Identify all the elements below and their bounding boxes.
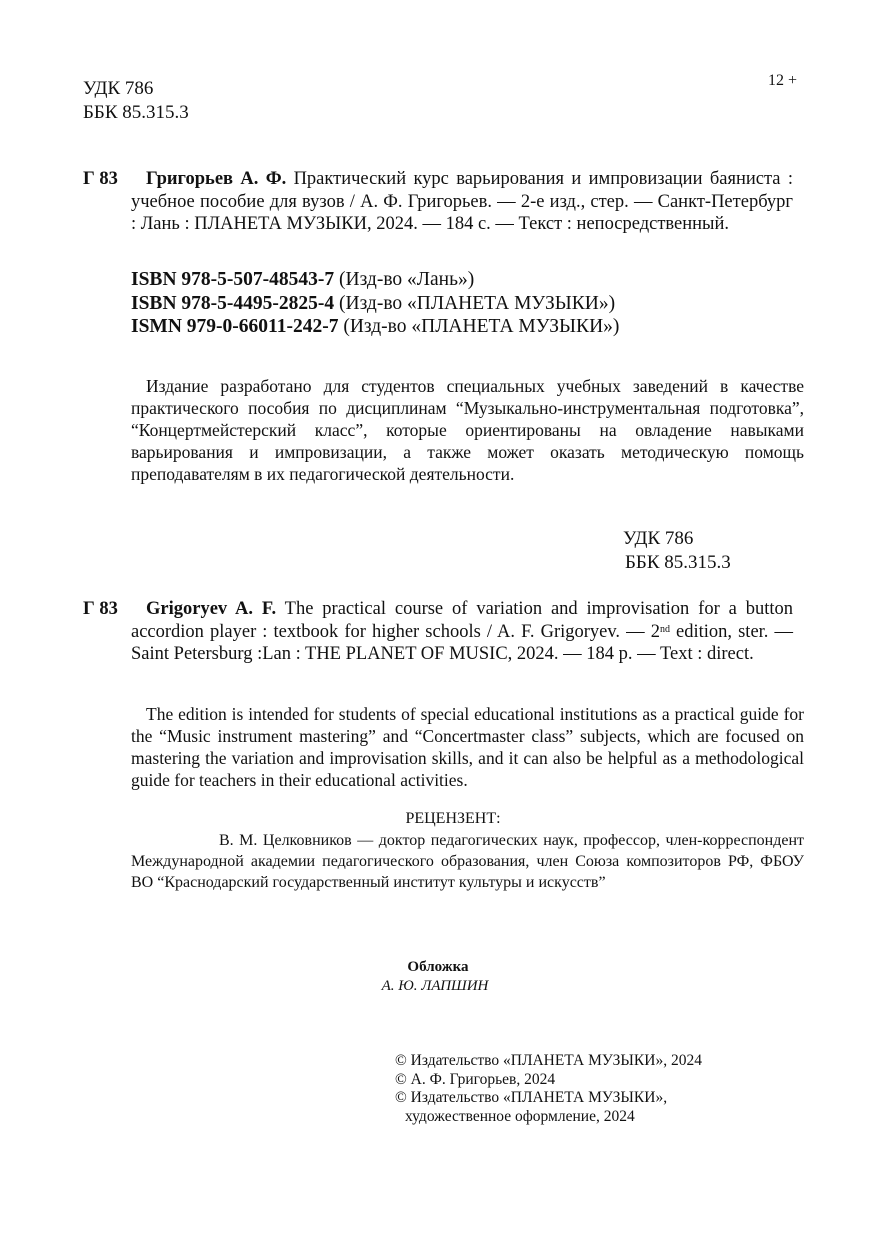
age-rating: 12 + [768, 72, 797, 90]
isbn-number: ISBN 978-5-507-48543-7 [131, 269, 334, 290]
udk-code: УДК 786 [83, 77, 189, 101]
bbk-code: ББК 85.315.3 [623, 551, 731, 575]
ru-annotation: Издание разработано для студентов специа… [131, 375, 804, 485]
author-mark: Г 83 [83, 168, 118, 191]
header-classification: УДК 786 ББК 85.315.3 [83, 77, 189, 125]
isbn-list: ISBN 978-5-507-48543-7 (Изд-во «Лань») I… [131, 268, 619, 339]
copyright-line: © Издательство «ПЛАНЕТА МУЗЫКИ», 2024 [395, 1052, 702, 1071]
ru-bibliographic-entry: Г 83 Григорьев А. Ф. Практический курс в… [83, 168, 793, 236]
reviewer-text: В. М. Целковников — доктор педагогически… [131, 830, 804, 893]
cover-credit: Обложка А. Ю. ЛАПШИН [0, 958, 876, 996]
bbk-code: ББК 85.315.3 [83, 101, 189, 125]
isbn-line: ISBN 978-5-4495-2825-4 (Изд-во «ПЛАНЕТА … [131, 292, 619, 316]
en-annotation-text: The edition is intended for students of … [131, 703, 804, 791]
isbn-number: ISBN 978-5-4495-2825-4 [131, 293, 334, 314]
ismn-number: ISMN 979-0-66011-242-7 [131, 316, 338, 337]
en-annotation: The edition is intended for students of … [131, 703, 804, 791]
author-mark: Г 83 [83, 598, 118, 621]
ordinal-suffix: nd [660, 624, 670, 635]
cover-title: Обложка [0, 958, 876, 977]
copyright-block: © Издательство «ПЛАНЕТА МУЗЫКИ», 2024 © … [395, 1052, 702, 1126]
reviewer-heading: РЕЦЕНЗЕНТ: [0, 810, 876, 828]
mid-classification: УДК 786 ББК 85.315.3 [623, 527, 731, 575]
cover-designer: А. Ю. ЛАПШИН [0, 977, 876, 996]
copyright-line: художественное оформление, 2024 [395, 1108, 702, 1127]
author-name: Grigoryev A. F. [146, 599, 276, 619]
author-name: Григорьев А. Ф. [146, 169, 286, 189]
udk-code: УДК 786 [623, 527, 731, 551]
isbn-publisher: (Изд-во «ПЛАНЕТА МУЗЫКИ») [338, 316, 619, 337]
copyright-line: © Издательство «ПЛАНЕТА МУЗЫКИ», [395, 1089, 702, 1108]
copyright-line: © А. Ф. Григорьев, 2024 [395, 1071, 702, 1090]
en-bibliographic-entry: Г 83 Grigoryev A. F. The practical cours… [83, 598, 793, 666]
isbn-line: ISMN 979-0-66011-242-7 (Изд-во «ПЛАНЕТА … [131, 315, 619, 339]
isbn-line: ISBN 978-5-507-48543-7 (Изд-во «Лань») [131, 268, 619, 292]
isbn-publisher: (Изд-во «Лань») [334, 269, 474, 290]
reviewer-block: В. М. Целковников — доктор педагогически… [131, 830, 804, 893]
ru-annotation-text: Издание разработано для студентов специа… [131, 375, 804, 485]
isbn-publisher: (Изд-во «ПЛАНЕТА МУЗЫКИ») [334, 293, 615, 314]
